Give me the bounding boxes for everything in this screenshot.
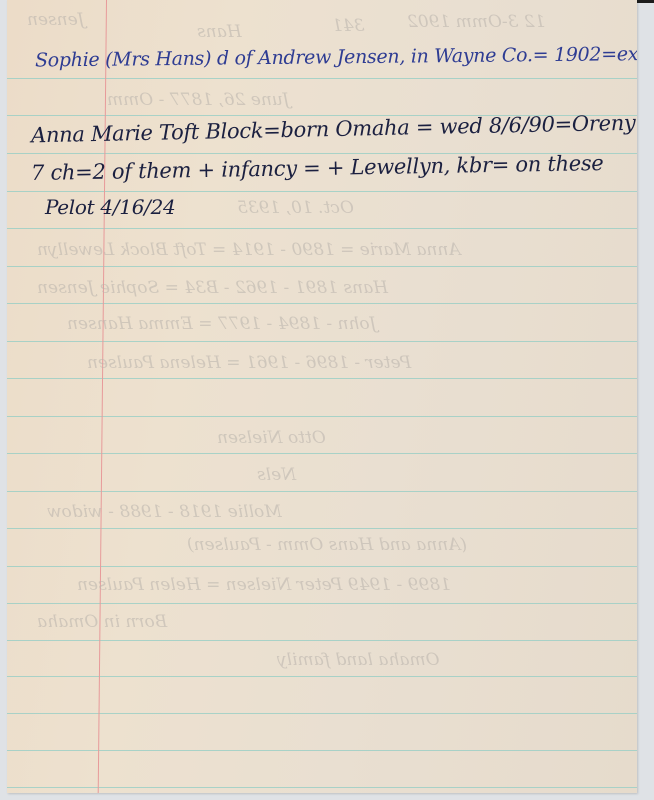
bleed-text: John - 1894 - 1977 = Emma Hansen [67, 314, 376, 334]
bleed-text: June 26, 1877 - Omm [107, 90, 290, 110]
notebook-page: Jensen Hans 341 12 3-Omm 1902 June 26, 1… [7, 0, 637, 793]
bleed-text: Anna Marie = 1890 - 1914 = Toft Block Le… [37, 240, 461, 260]
handwritten-line-1: Sophie (Mrs Hans) d of Andrew Jensen, in… [35, 43, 637, 72]
scanner-edge [636, 0, 654, 3]
bleed-text: Omaha land family [277, 650, 440, 670]
ruled-line [7, 566, 637, 567]
ruled-line [7, 228, 637, 229]
ruled-line [7, 303, 637, 304]
handwritten-line-2: Anna Marie Toft Block=born Omaha = wed 8… [31, 111, 636, 148]
handwritten-line-4: Pelot 4/16/24 [45, 195, 175, 219]
handwritten-line-3: 7 ch=2 of them + infancy = + Lewellyn, k… [31, 151, 604, 185]
ruled-line [7, 603, 637, 604]
margin-line [98, 0, 107, 793]
ruled-line [7, 750, 637, 751]
ruled-line [7, 266, 637, 267]
ruled-line [7, 78, 637, 79]
bleed-text: 1899 - 1949 Peter Nielsen = Helen Paulse… [77, 575, 451, 595]
bleed-text: Hans [197, 22, 242, 42]
ruled-line [7, 640, 637, 641]
ruled-line [7, 528, 637, 529]
bleed-text: Born in Omaha [37, 612, 167, 632]
ruled-line [7, 191, 637, 192]
ruled-line [7, 676, 637, 677]
bleed-text: Jensen [27, 10, 85, 30]
bleed-text: 341 [332, 16, 364, 36]
bleed-text: Otto Nielsen [217, 428, 326, 448]
bleed-text: Peter - 1896 - 1961 = Helena Paulsen [87, 353, 411, 373]
ruled-line [7, 787, 637, 788]
bleed-text: Mollie 1918 - 1988 - widow [47, 502, 282, 522]
bleed-text: Nels [257, 465, 296, 485]
bleed-text: Oct. 10, 1935 [237, 198, 354, 218]
bleed-text: 12 3-Omm 1902 [407, 12, 545, 32]
bleed-text: (Anna and Hans Omm - Paulsen) [187, 535, 467, 555]
bleed-text: Hans 1891 - 1962 - B34 = Sophie Jensen [37, 278, 388, 298]
ruled-line [7, 713, 637, 714]
